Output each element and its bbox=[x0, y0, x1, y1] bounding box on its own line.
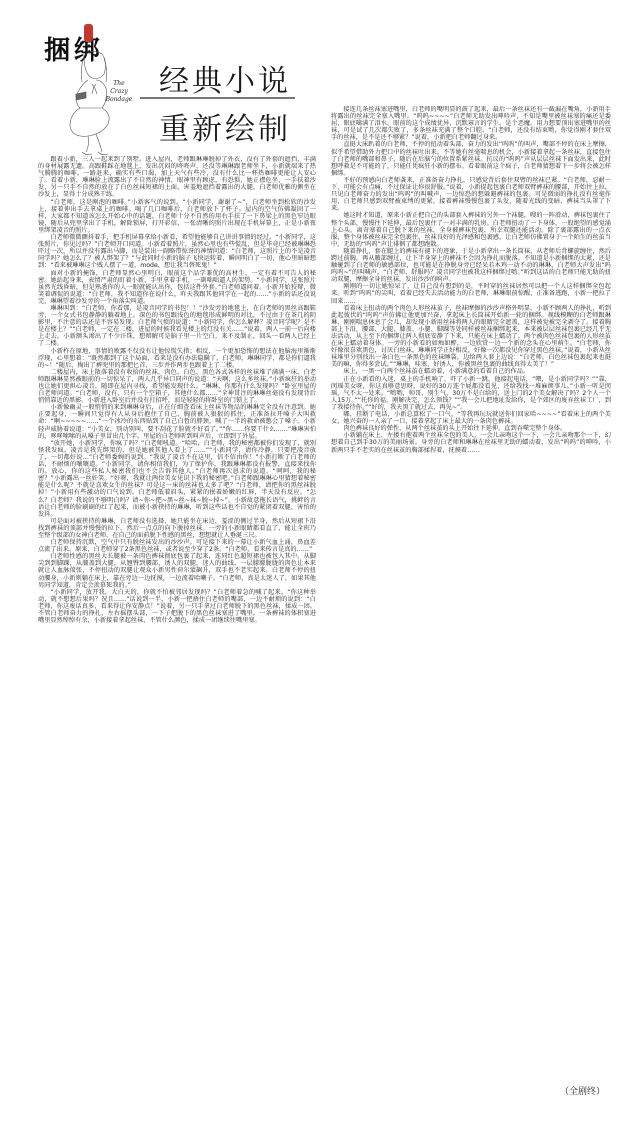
paragraph: 刚刚的一切让她惊呆了，让自己没有想到的是，平时穿的丝袜居然可以把一个人这样捆绑全… bbox=[331, 283, 611, 304]
paragraph: 床上，一黑一白两个丝袜茧在蠕动着，小新满意的看着自己的作品。 bbox=[331, 368, 611, 375]
paragraph: 面对小新的掩饰，白老师显然心里明白，眼前这个品学兼优的高材生，一定有着不可告人的… bbox=[38, 270, 316, 305]
paragraph: 正在小新看的入迷，桌上的手机响了，吓了小新一跳。他接起电话，“喂，是小新同学吗？… bbox=[331, 376, 611, 411]
paragraph: 跟着小新，三人一起来到了别墅。进入屋内，老师跟琳琳脱掉了外衣，没有了外套的遮挡，… bbox=[38, 156, 316, 199]
paragraph: “小新同学，放开我，大白天的，你就不怕被邻居发现吗？”白老师着急的喊了起来。“你… bbox=[38, 589, 316, 624]
paragraph: 小新躺在床上，左搂右抱着两个丝袜全包的美人，一会儿亲吻这个一下，一会儿亲吻那个一… bbox=[331, 432, 611, 453]
paragraph: 随着挣扎，套在腿上的裤袜有褪下的迹象，于是小新拿出一条长筒袜，从老师后背螺旋缠住… bbox=[331, 248, 611, 283]
page-title-line1: 经典小说 bbox=[150, 56, 300, 100]
logo-seal-icon bbox=[84, 24, 93, 42]
paragraph: 嘟，挂断了电话，小新总算松了一口气。“等我再玩玩就送你们回家哈~~~~”看着床上… bbox=[331, 411, 611, 425]
paragraph: “白老师，这是刚泡的咖啡。”小新客气的说到。“小新同学，谢谢了~”，白老师坐到松… bbox=[38, 199, 316, 234]
paragraph: 琳琳叫到：“白老师，你看那，是凌音同学的书包！！”沙发旁的地毯上，在白老师的黑丝… bbox=[38, 305, 316, 348]
left-column: 跟着小新，三人一起来到了别墅。进入屋内，老师跟琳琳脱掉了外衣，没有了外套的遮挡，… bbox=[38, 156, 316, 1056]
caption-line: The bbox=[104, 80, 134, 88]
page-title-line2: 重新绘制 bbox=[150, 104, 300, 148]
paragraph: 二楼屋内，床上散落着没有收拾的丝袜，肉色、白色、黑色各式各样的丝袜堆了满满一床。… bbox=[38, 369, 316, 404]
paragraph: 白老师性感的黑丝大长腿被一条肉色裤袜彻底包裹了起来，连同红色超短裙也被包入其中。… bbox=[38, 553, 316, 588]
paragraph: “放开她，小新同学，你疯了吗？”白老师吼道。“哈哈，白老师，我的秘密都被你们发现… bbox=[38, 440, 316, 518]
ending-label: （全剧终） bbox=[560, 1084, 605, 1097]
title-divider bbox=[140, 97, 295, 99]
right-column: 接连几条丝袜塞进嘴里，白老师的嘴明显的鼓了起来，最后一条丝袜还有一截漏在嘴角，小… bbox=[331, 106, 611, 1081]
paragraph: 她这时才知道，原来小新正把自己的头部套入裤袜的另外一个袜腿，嗖的一阵滑动，裤袜包… bbox=[331, 212, 611, 247]
paragraph: 看着床上扭动的两个肉色人形丝袜茧子，丝袜摩擦的沙沙声格外明显。小新不顾两人的挣扎… bbox=[331, 305, 611, 369]
paragraph: 白老师微微颤抖着手，把手机屏幕拿给小新看，希望他能够自己讲讲事情的经过。“小新同… bbox=[38, 234, 316, 269]
paragraph: 白老师保持沉默，空气中只有脱丝袜发出的沙沙声。可是接下来的一幕让小新气血上涌，鼻… bbox=[38, 539, 316, 553]
caption-line: Bondage bbox=[104, 96, 134, 104]
paragraph: 不好的预感向白老师袭来，正准备奋力挣扎，只感觉背后套住双臂的丝袜已紧。“白老师，… bbox=[331, 177, 611, 212]
paragraph: 小新像幽灵一般悄悄的来到琳琳身后，正在仔细查看床上丝袜等物品的琳琳完全没有注意到… bbox=[38, 404, 316, 439]
illustration-caption: The Crazy Bondage bbox=[104, 80, 134, 104]
paragraph: 直挺大床趴着的白老师，不停的扭动着头部，奋力的发出“呜呜”的叫声，嘴部不停的在床… bbox=[331, 141, 611, 176]
paragraph: 小新杵在原地，事情的败露不仅没有让他惊慌失措；相反，一个更加恐怖的想法在他脑海里… bbox=[38, 348, 316, 369]
caption-line: Crazy bbox=[104, 88, 134, 96]
paragraph: 接连几条丝袜塞进嘴里，白老师的嘴明显的鼓了起来，最后一条丝袜还有一截漏在嘴角，小… bbox=[331, 106, 611, 141]
paragraph: 可是面对被挟持的琳琳，白老师没有选择，她只能坐在床边，羞涩的侧过半身，然后从短裙… bbox=[38, 518, 316, 539]
